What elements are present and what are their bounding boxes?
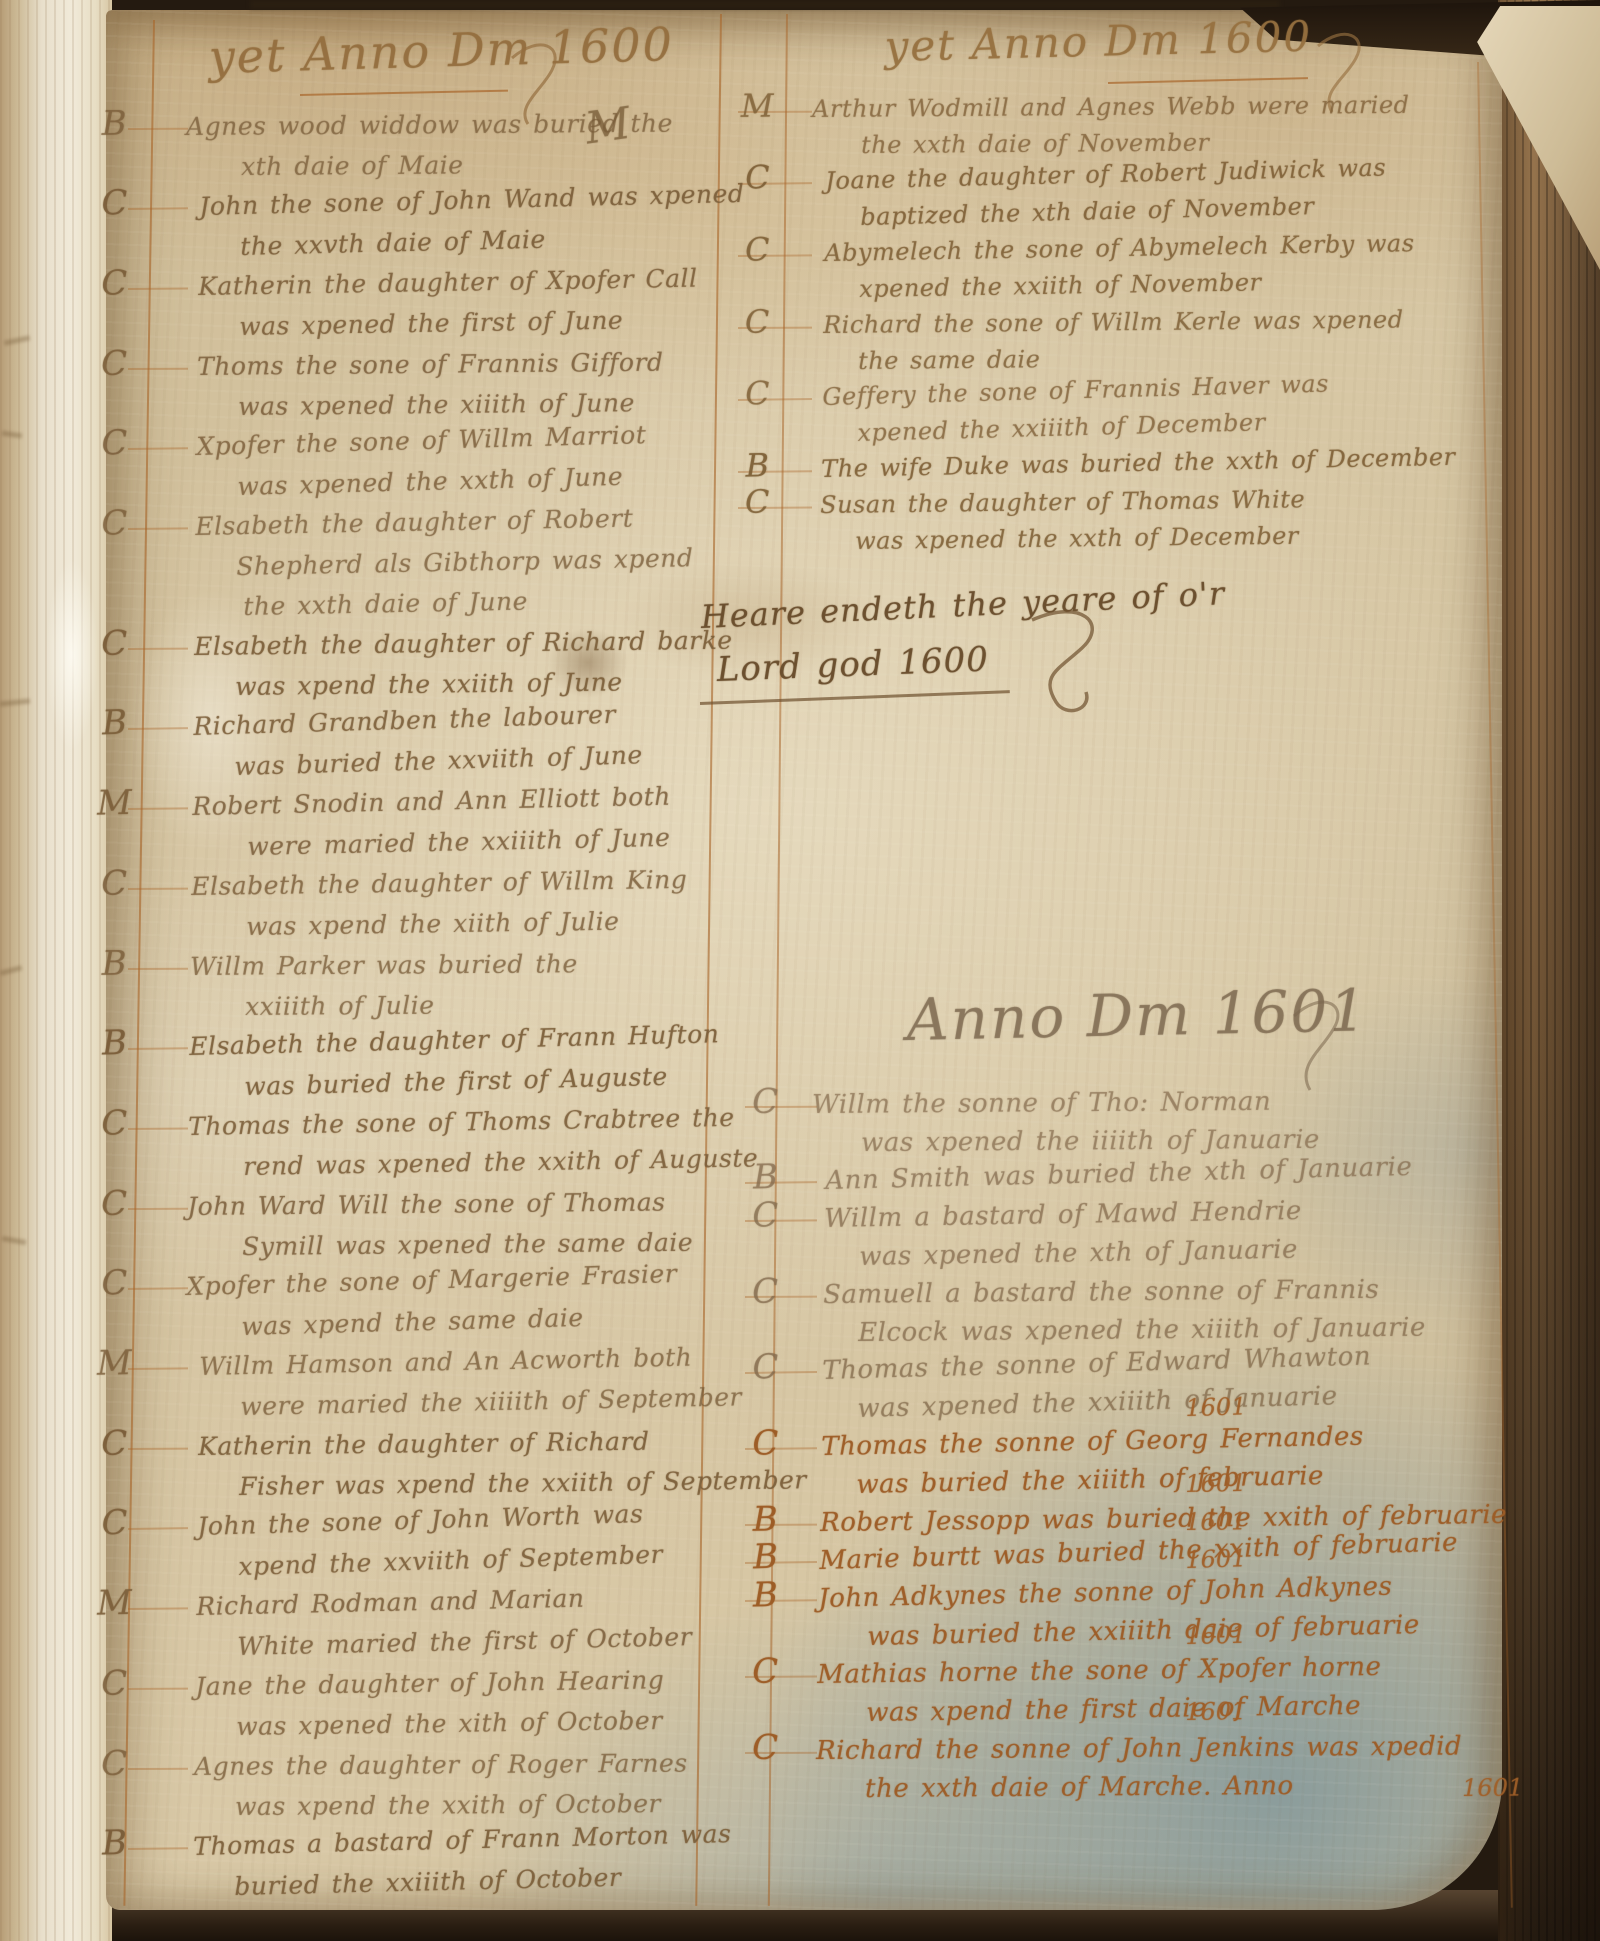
margin-letter: B: [732, 1499, 798, 1540]
margin-letter: C: [82, 1103, 147, 1144]
margin-letter: C: [82, 863, 147, 904]
margin-letter: C: [82, 1423, 146, 1464]
margin-letter: B: [82, 1022, 147, 1064]
margin-letter: C: [82, 422, 147, 464]
flourish-icon: [1286, 996, 1356, 1096]
register-entry-line: Richard the sone of Willm Kerle was xpen…: [823, 306, 1404, 339]
year-annotation: 1601: [1185, 1469, 1247, 1498]
register-entry-line: the same daie: [858, 345, 1040, 375]
margin-letter: B: [82, 1822, 147, 1864]
margin-letter: B: [82, 104, 146, 144]
margin-letter: C: [82, 1663, 147, 1704]
register-entry-line: the xxth daie of November: [861, 129, 1210, 159]
register-entry-line: was xpend the xxith of October: [235, 1789, 661, 1821]
register-entry-line: was xpened the iiiith of Januarie: [861, 1125, 1320, 1158]
margin-letter: C: [82, 1502, 147, 1544]
year-annotation: 1601: [1462, 1774, 1523, 1802]
margin-letter: B: [82, 944, 146, 984]
year-annotation: 1601: [1185, 1392, 1247, 1422]
register-page-photo: yet Anno Dm 1600 yet Anno Dm 1600 M Hear…: [0, 0, 1600, 1941]
year-annotation: 1601: [1185, 1621, 1247, 1650]
register-entry-line: Symill was xpened the same daie: [242, 1228, 693, 1261]
register-entry-line: Samuell a bastard the sonne of Frannis: [823, 1275, 1379, 1310]
register-entry-line: John Ward Will the sone of Thomas: [187, 1187, 666, 1221]
margin-letter: C: [82, 263, 147, 304]
page-top-shadow-edge: [250, 0, 1280, 9]
register-entry-line: was xpend the xxiith of June: [235, 667, 623, 701]
margin-letter: C: [732, 1271, 798, 1312]
margin-letter: M: [724, 87, 790, 125]
register-entry-line: xxiiith of Julie: [245, 991, 435, 1021]
register-entry-line: Agnes wood widdow was buried the: [186, 109, 673, 141]
register-entry-line: Arthur Wodmill and Agnes Webb were marie…: [812, 91, 1410, 123]
register-entry-line: Willm Parker was buried the: [190, 949, 578, 981]
margin-letter: C: [82, 343, 146, 384]
year-annotation: 1601: [1185, 1507, 1246, 1536]
margin-letter: B: [732, 1536, 799, 1578]
year-annotation: 1601: [1185, 1544, 1247, 1574]
margin-letter: B: [82, 702, 147, 744]
margin-letter: C: [82, 1744, 146, 1784]
right-column-header: yet Anno Dm 1600: [884, 12, 1313, 71]
register-entry-line: Richard the sonne of John Jenkins was xp…: [816, 1731, 1462, 1766]
margin-letter: C: [82, 623, 146, 664]
margin-letter: M: [82, 1583, 147, 1624]
margin-letter: B: [724, 446, 791, 485]
margin-letter: C: [82, 503, 147, 544]
register-entry-line: was xpened the xiiith of June: [238, 388, 635, 421]
register-entry-line: Thoms the sone of Frannis Gifford: [197, 348, 664, 381]
margin-letter: C: [732, 1195, 799, 1236]
margin-letter: B: [732, 1156, 799, 1198]
margin-letter: C: [732, 1346, 799, 1388]
register-entry-line: was xpened the xith of October: [236, 1706, 663, 1741]
margin-letter: C: [732, 1082, 798, 1122]
margin-letter: C: [82, 1183, 146, 1224]
register-entry-line: the xxth daie of June: [243, 587, 528, 621]
right-page-edges-shading: [1498, 0, 1600, 1941]
margin-letter: C: [724, 230, 791, 269]
margin-letter: C: [732, 1728, 798, 1768]
margin-letter: C: [732, 1651, 799, 1692]
register-entry-line: was xpend the xiith of Julie: [246, 907, 620, 941]
margin-letter: C: [724, 373, 791, 413]
register-entry-line: Katherin the daughter of Richard: [198, 1427, 650, 1461]
margin-letter: C: [82, 182, 147, 224]
register-entry-line: Agnes the daughter of Roger Farnes: [194, 1749, 688, 1781]
margin-letter: C: [724, 482, 790, 521]
margin-letter: C: [724, 157, 791, 197]
register-entry-line: Susan the daughter of Thomas White: [820, 485, 1305, 519]
margin-letter: C: [732, 1423, 799, 1464]
register-entry-line: xth daie of Maie: [241, 150, 464, 181]
register-entry-line: the xxth daie of Marche. Anno: [865, 1771, 1294, 1804]
year-annotation: 1601: [1185, 1697, 1246, 1726]
register-entry-line: was xpened the xxth of December: [855, 522, 1299, 555]
margin-letter: C: [82, 1262, 147, 1304]
margin-letter: M: [82, 783, 147, 824]
margin-letter: B: [732, 1575, 799, 1616]
register-entry-line: Willm the sonne of Tho: Norman: [812, 1087, 1271, 1120]
flourish-icon: [1022, 606, 1112, 716]
margin-letter: C: [724, 302, 790, 341]
margin-letter: M: [82, 1343, 147, 1384]
